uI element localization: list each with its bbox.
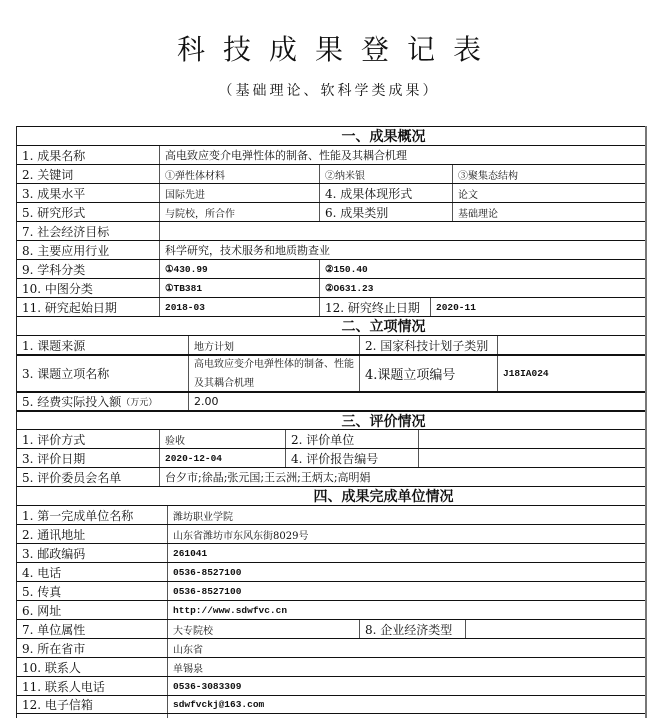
project-no-value[interactable]: J18IA024 (497, 356, 645, 391)
subject-value-2[interactable]: ②150.40 (319, 260, 645, 278)
eval-date-value[interactable]: 2020-12-04 (159, 449, 285, 467)
industry-value[interactable]: 科学研究，技术服务和地质勘查业 (159, 241, 645, 259)
form-value[interactable]: 论文 (452, 184, 645, 202)
row-goal: 7. 社会经济目标 (17, 221, 645, 240)
unit-row: 11. 联系人电话 0536-3083309 (17, 676, 645, 695)
field-label: 7. 社会经济目标 (17, 222, 159, 240)
field-label: 6. 成果类别 (319, 203, 452, 221)
province-value[interactable]: 山东省 (167, 639, 645, 657)
row-subject: 9. 学科分类 ①430.99 ②150.40 (17, 259, 645, 278)
funding-empty (218, 393, 645, 410)
field-label: 3. 邮政编码 (17, 544, 167, 562)
registration-table: 一、成果概况 1. 成果名称 高电致应变介电弹性体的制备、性能及其耦合机理 2.… (16, 126, 647, 718)
research-value[interactable]: 与院校，所合作 (159, 203, 319, 221)
field-label: 2. 通讯地址 (17, 525, 167, 543)
row-keywords: 2. 关键词 ①弹性体材料 ②纳米银 ③聚集态结构 (17, 164, 645, 183)
field-label: 4. 成果体现形式 (319, 184, 452, 202)
unit-name-value[interactable]: 潍坊职业学院 (167, 506, 645, 524)
section-title: 二、立项情况 (17, 317, 645, 335)
row-industry: 8. 主要应用行业 科学研究，技术服务和地质勘查业 (17, 240, 645, 259)
keyword-2[interactable]: ②纳米银 (319, 165, 452, 183)
eval-unit-value[interactable] (418, 430, 645, 448)
clc-value-1[interactable]: ①TB381 (159, 279, 319, 297)
field-label: 1. 评价方式 (17, 430, 159, 448)
field-label: 10. 联系人 (17, 658, 167, 676)
project-name-value[interactable]: 高电致应变介电弹性体的制备、性能及其耦合机理 (188, 356, 359, 391)
continuation-cell (167, 714, 645, 718)
continuation-cell (17, 714, 167, 718)
field-label: 2. 关键词 (17, 165, 159, 183)
unit-row: 2. 通讯地址 山东省潍坊市东风东街8029号 (17, 524, 645, 543)
field-label: 11. 研究起始日期 (17, 298, 159, 316)
field-label: 5. 传真 (17, 582, 167, 600)
section-title: 四、成果完成单位情况 (17, 487, 645, 505)
field-label: 9. 学科分类 (17, 260, 159, 278)
field-label: 5. 研究形式 (17, 203, 159, 221)
contact-phone-value[interactable]: 0536-3083309 (167, 677, 645, 695)
row-committee: 5. 评价委员会名单 台夕市;徐晶;张元国;王云洲;王炳太;高明娟 (17, 467, 645, 486)
field-label: 8. 企业经济类型 (359, 620, 465, 638)
method-value[interactable]: 验收 (159, 430, 285, 448)
continuation-row (17, 714, 645, 718)
row-eval-method: 1. 评价方式 验收 2. 评价单位 (17, 429, 645, 448)
field-label: 4. 评价报告编号 (285, 449, 418, 467)
field-label: 5. 评价委员会名单 (17, 468, 159, 486)
category-value[interactable]: 基础理论 (452, 203, 645, 221)
row-eval-date: 3. 评价日期 2020-12-04 4. 评价报告编号 (17, 448, 645, 467)
section-title: 一、成果概况 (17, 127, 645, 145)
committee-value[interactable]: 台夕市;徐晶;张元国;王云洲;王炳太;高明娟 (159, 468, 645, 486)
end-date-value[interactable]: 2020-11 (430, 298, 645, 316)
fax-value[interactable]: 0536-8527100 (167, 582, 645, 600)
address-value[interactable]: 山东省潍坊市东风东街8029号 (167, 525, 645, 543)
unit-row: 9. 所在省市 山东省 (17, 638, 645, 657)
enterprise-type-value[interactable] (465, 620, 645, 638)
postcode-value[interactable]: 261041 (167, 544, 645, 562)
funding-value[interactable]: 2.00 (188, 393, 218, 410)
achievement-name-value[interactable]: 高电致应变介电弹性体的制备、性能及其耦合机理 (159, 146, 645, 164)
report-no-value[interactable] (418, 449, 645, 467)
level-value[interactable]: 国际先进 (159, 184, 319, 202)
row-achievement-name: 1. 成果名称 高电致应变介电弹性体的制备、性能及其耦合机理 (17, 145, 645, 164)
field-label: 1. 课题来源 (17, 336, 188, 354)
field-label: 3. 评价日期 (17, 449, 159, 467)
field-label: 12. 研究终止日期 (319, 298, 430, 316)
clc-value-2[interactable]: ②O631.23 (319, 279, 645, 297)
website-link[interactable]: http://www.sdwfvc.cn (167, 601, 645, 619)
row-clc: 10. 中图分类 ①TB381 ②O631.23 (17, 278, 645, 297)
unit-row: 6. 网址 http://www.sdwfvc.cn (17, 600, 645, 619)
funding-unit: （万元） (121, 395, 157, 408)
section-title: 三、评价情况 (17, 412, 645, 429)
unit-row: 4. 电话 0536-8527100 (17, 562, 645, 581)
keyword-1[interactable]: ①弹性体材料 (159, 165, 319, 183)
section-header-units: 四、成果完成单位情况 (17, 486, 645, 505)
row-level-form: 3. 成果水平 国际先进 4. 成果体现形式 论文 (17, 183, 645, 202)
field-label: 2. 国家科技计划子类别 (359, 336, 497, 354)
row-research-category: 5. 研究形式 与院校，所合作 6. 成果类别 基础理论 (17, 202, 645, 221)
field-label: 7. 单位属性 (17, 620, 167, 638)
field-label: 9. 所在省市 (17, 639, 167, 657)
unit-row: 10. 联系人 单锡泉 (17, 657, 645, 676)
row-source: 1. 课题来源 地方计划 2. 国家科技计划子类别 (17, 335, 645, 354)
contact-value[interactable]: 单锡泉 (167, 658, 645, 676)
email-value[interactable]: sdwfvckj@163.com (167, 696, 645, 713)
plan-value[interactable] (497, 336, 645, 354)
goal-value[interactable] (159, 222, 645, 240)
unit-row: 5. 传真 0536-8527100 (17, 581, 645, 600)
field-label: 2. 评价单位 (285, 430, 418, 448)
unit-row: 12. 电子信箱 sdwfvckj@163.com (17, 695, 645, 714)
document-title: 科技成果登记表 (0, 28, 658, 68)
funding-label: 5. 经费实际投入额 (22, 393, 121, 410)
field-label: 6. 网址 (17, 601, 167, 619)
start-date-value[interactable]: 2018-03 (159, 298, 319, 316)
field-label: 10. 中图分类 (17, 279, 159, 297)
field-label: 4.课题立项编号 (359, 356, 497, 391)
field-label: 8. 主要应用行业 (17, 241, 159, 259)
document-subtitle: （基础理论、软科学类成果） (0, 80, 658, 100)
section-header-evaluation: 三、评价情况 (17, 410, 645, 429)
field-label: 3. 成果水平 (17, 184, 159, 202)
field-label: 12. 电子信箱 (17, 696, 167, 713)
row-funding: 5. 经费实际投入额（万元） 2.00 (17, 391, 645, 410)
unit-row: 3. 邮政编码 261041 (17, 543, 645, 562)
field-label: 11. 联系人电话 (17, 677, 167, 695)
section-header-project: 二、立项情况 (17, 316, 645, 335)
unit-row: 7. 单位属性 大专院校 8. 企业经济类型 (17, 619, 645, 638)
row-dates: 11. 研究起始日期 2018-03 12. 研究终止日期 2020-11 (17, 297, 645, 316)
unit-row: 1. 第一完成单位名称 潍坊职业学院 (17, 505, 645, 524)
field-label: 4. 电话 (17, 563, 167, 581)
field-label: 1. 第一完成单位名称 (17, 506, 167, 524)
field-label: 5. 经费实际投入额（万元） (17, 393, 188, 410)
phone-value[interactable]: 0536-8527100 (167, 563, 645, 581)
keyword-3[interactable]: ③聚集态结构 (452, 165, 645, 183)
section-header-overview: 一、成果概况 (17, 126, 645, 145)
unit-type-value[interactable]: 大专院校 (167, 620, 359, 638)
subject-value-1[interactable]: ①430.99 (159, 260, 319, 278)
field-label: 1. 成果名称 (17, 146, 159, 164)
source-value[interactable]: 地方计划 (188, 336, 359, 354)
field-label: 3. 课题立项名称 (17, 356, 188, 391)
row-project-name: 3. 课题立项名称 高电致应变介电弹性体的制备、性能及其耦合机理 4.课题立项编… (17, 354, 645, 391)
